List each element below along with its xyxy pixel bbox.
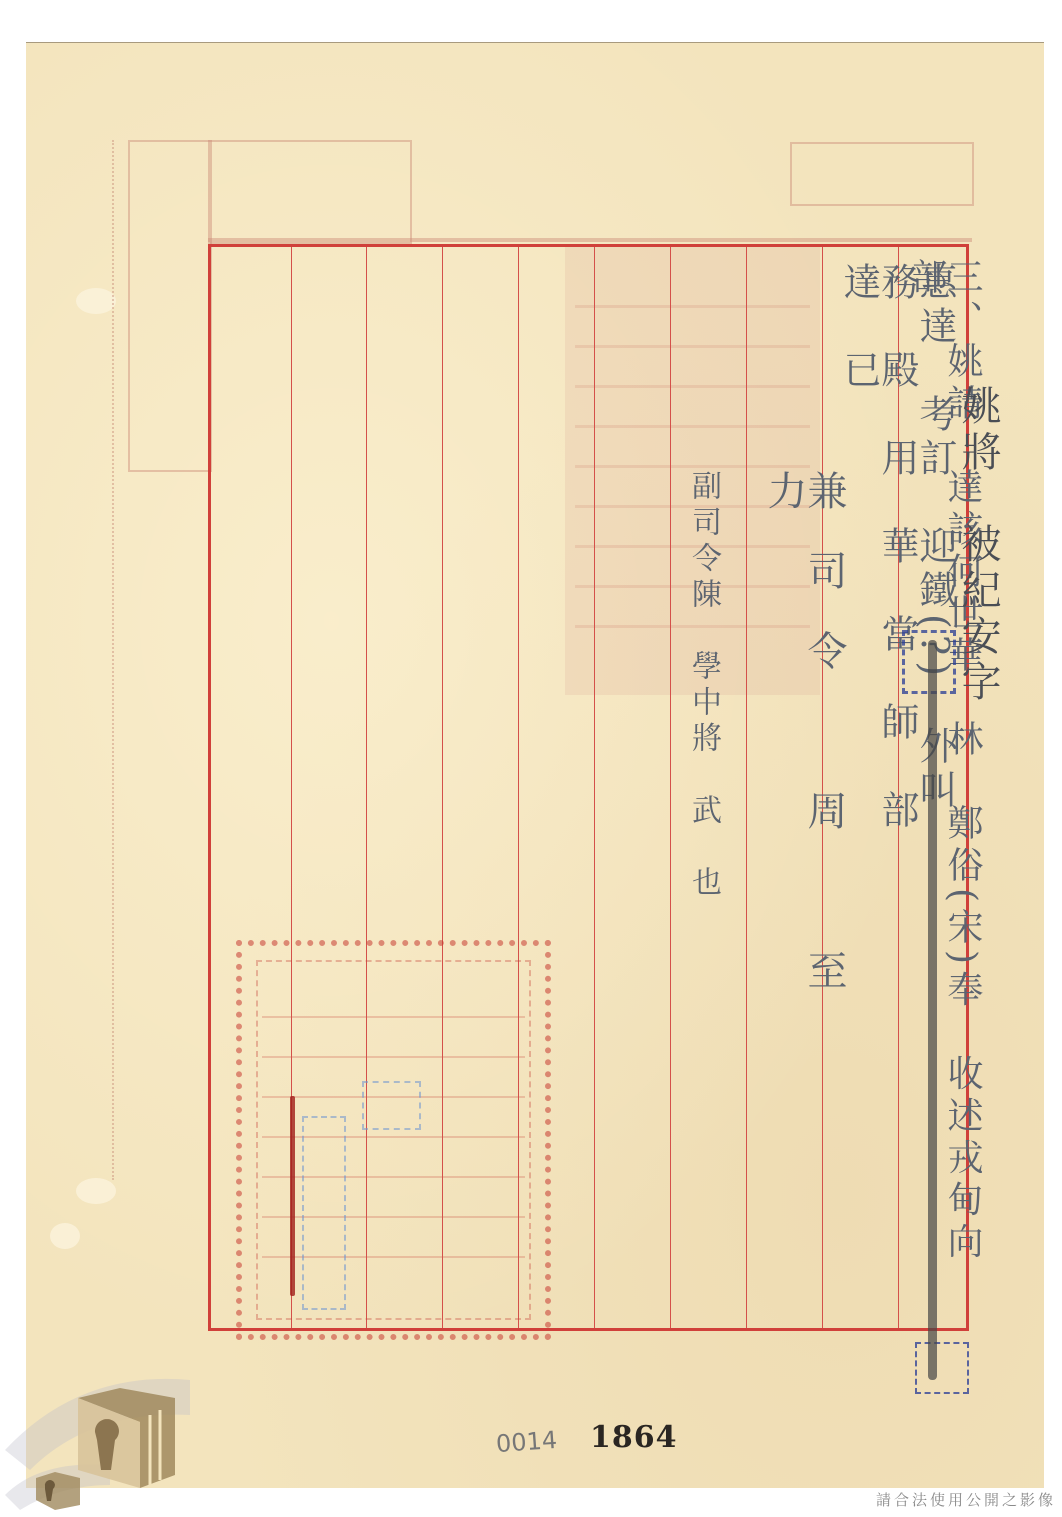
binding-hole: [50, 1223, 80, 1249]
faint-form-rule: [208, 238, 972, 242]
faint-form-box: [128, 140, 212, 472]
handwritten-prefix: 0014: [495, 1426, 558, 1458]
faint-perforation: [112, 140, 114, 1180]
handwritten-margin-note: 姚將 被紀安字: [958, 385, 998, 825]
binding-hole: [76, 288, 116, 314]
faint-form-box: [208, 140, 412, 244]
red-seal-stamp: [236, 940, 551, 1340]
faint-form-box: [790, 142, 974, 206]
usage-notice: 請合法使用公開之影像: [876, 1489, 1056, 1510]
pencil-strikethrough: [928, 640, 937, 1380]
binding-hole: [76, 1178, 116, 1204]
handwritten-column-4: 副司令陳 學中將 武 也: [688, 470, 718, 1110]
archive-book-keyhole-icon: [0, 1360, 190, 1510]
document-serial-number: 1864: [590, 1420, 678, 1455]
blue-ink-stamp: [915, 1342, 969, 1394]
handwritten-column-3: 兼司令 周 至 力: [764, 470, 844, 1130]
